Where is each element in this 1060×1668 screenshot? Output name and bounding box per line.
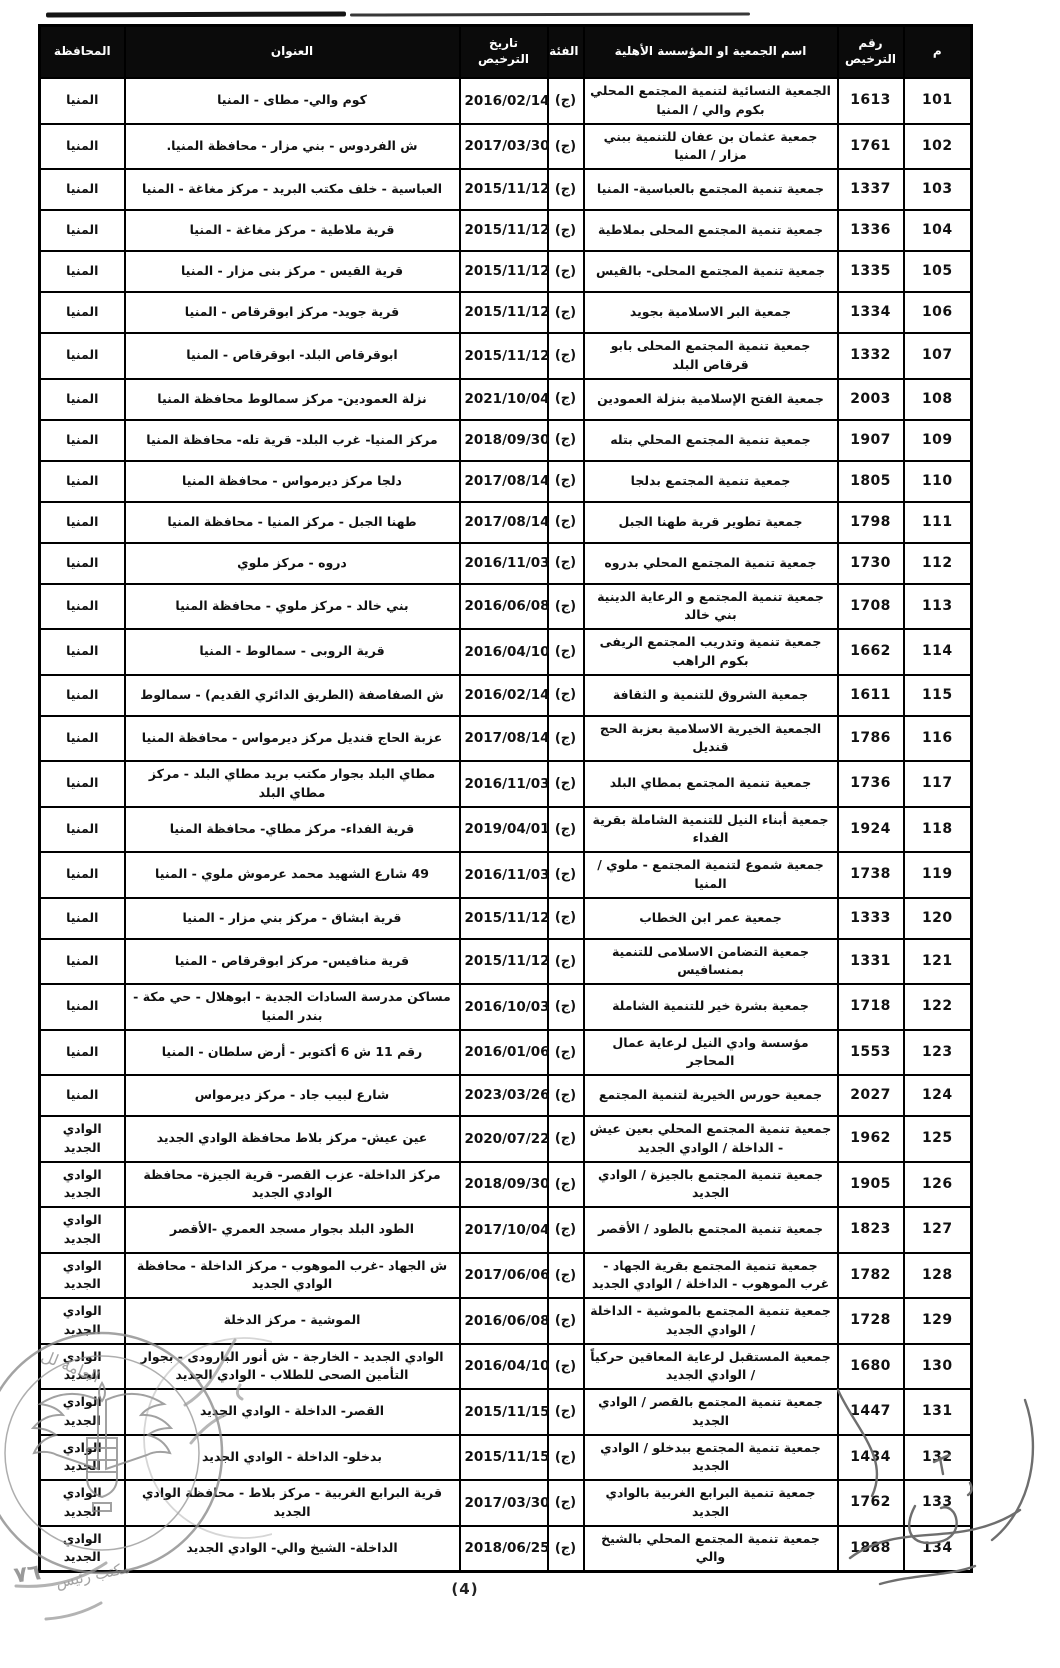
cell-name: جمعية أبناء النيل للتنمية الشاملة بقرية …	[584, 807, 838, 853]
cell-address: قرية ابشاق - مركز بني مزار - المنيا	[125, 898, 460, 939]
cell-license_date: 2017/03/30	[460, 1480, 548, 1526]
table-row: 1231553مؤسسة وادي النيل لرعاية عمال المح…	[40, 1030, 972, 1076]
cell-serial: 120	[904, 898, 972, 939]
cell-category: (ج)	[548, 1389, 584, 1435]
cell-license_date: 2015/11/12	[460, 210, 548, 251]
cell-license_no: 1962	[838, 1116, 904, 1162]
cell-license_date: 2015/11/15	[460, 1435, 548, 1481]
cell-address: قرية جويد- مركز ابوقرقاص - المنيا	[125, 292, 460, 333]
cell-license_date: 2018/09/30	[460, 420, 548, 461]
cell-license_no: 2003	[838, 379, 904, 420]
cell-serial: 113	[904, 584, 972, 630]
cell-governorate: المنيا	[40, 78, 125, 124]
cell-category: (ج)	[548, 807, 584, 853]
table-row: 1111798جمعية تطوير قرية طهنا الجبل(ج)201…	[40, 502, 972, 543]
cell-license_no: 2027	[838, 1075, 904, 1116]
cell-license_no: 1907	[838, 420, 904, 461]
cell-license_no: 1434	[838, 1435, 904, 1481]
header-license-number: رقم الترخيص	[838, 26, 904, 79]
cell-name: جمعية تنمية وتدريب المجتمع الريفى بكوم ا…	[584, 629, 838, 675]
cell-license_date: 2015/11/15	[460, 1389, 548, 1435]
cell-address: ابوقرقاص البلد- ابوقرقاص - المنيا	[125, 333, 460, 379]
table-row: 1201333جمعية عمر ابن الخطاب(ج)2015/11/12…	[40, 898, 972, 939]
table-row: 1011613الجمعية النسائية لتنمية المجتمع ا…	[40, 78, 972, 124]
cell-serial: 121	[904, 939, 972, 985]
table-row: 1242027جمعية حورس الخيرية لتنمية المجتمع…	[40, 1075, 972, 1116]
cell-license_date: 2018/09/30	[460, 1162, 548, 1208]
cell-name: جمعية تنمية المجتمع بقرية الجهاد - غرب ا…	[584, 1253, 838, 1299]
cell-governorate: المنيا	[40, 898, 125, 939]
cell-name: الجمعية النسائية لتنمية المجتمع المحلي ب…	[584, 78, 838, 124]
table-row: 1171736جمعية تنمية المجتمع بمطاي البلد(ج…	[40, 761, 972, 807]
cell-license_no: 1730	[838, 543, 904, 584]
table-row: 1301680جمعية المستقبل لرعاية المعاقين حر…	[40, 1344, 972, 1390]
cell-license_date: 2023/03/26	[460, 1075, 548, 1116]
table-row: 1101805جمعية تنمية المجتمع بدلجا(ج)2017/…	[40, 461, 972, 502]
cell-category: (ج)	[548, 1207, 584, 1253]
cell-license_date: 2017/08/14	[460, 502, 548, 543]
cell-governorate: المنيا	[40, 169, 125, 210]
cell-serial: 104	[904, 210, 972, 251]
cell-license_date: 2016/06/08	[460, 584, 548, 630]
cell-serial: 107	[904, 333, 972, 379]
cell-name: جمعية تنمية المجتمع المحلي بتله	[584, 420, 838, 461]
cell-name: جمعية تنمية المجتمع بدلجا	[584, 461, 838, 502]
cell-name: جمعية تطوير قرية طهنا الجبل	[584, 502, 838, 543]
cell-address: بدخلو- الداخلة - الوادي الجديد	[125, 1435, 460, 1481]
cell-serial: 130	[904, 1344, 972, 1390]
table-header-row: م رقم الترخيص اسم الجمعية او المؤسسة الأ…	[40, 26, 972, 79]
cell-license_date: 2015/11/12	[460, 939, 548, 985]
cell-serial: 114	[904, 629, 972, 675]
cell-governorate: الوادي الجديد	[40, 1253, 125, 1299]
cell-address: عين عيش- مركز بلاط محافظة الوادي الجديد	[125, 1116, 460, 1162]
cell-governorate: المنيا	[40, 461, 125, 502]
ngo-registry-table: م رقم الترخيص اسم الجمعية او المؤسسة الأ…	[38, 24, 973, 1573]
cell-license_no: 1553	[838, 1030, 904, 1076]
cell-governorate: المنيا	[40, 210, 125, 251]
cell-address: الوادي الجديد - الخارجة - ش أنور البارود…	[125, 1344, 460, 1390]
table-row: 1131708جمعية تنمية المجتمع و الرعاية الد…	[40, 584, 972, 630]
cell-name: جمعية تنمية المجتمع بالعباسية- المنيا	[584, 169, 838, 210]
cell-name: جمعية تنمية المجتمع بالجيزة / الوادي الج…	[584, 1162, 838, 1208]
cell-serial: 123	[904, 1030, 972, 1076]
cell-license_date: 2015/11/12	[460, 169, 548, 210]
cell-governorate: المنيا	[40, 984, 125, 1030]
cell-category: (ج)	[548, 716, 584, 762]
cell-address: قرية الفداء- مركز مطاي- محافظة المنيا	[125, 807, 460, 853]
cell-category: (ج)	[548, 1116, 584, 1162]
cell-category: (ج)	[548, 1344, 584, 1390]
cell-license_date: 2015/11/12	[460, 292, 548, 333]
scan-streak-artifact	[46, 11, 346, 17]
cell-governorate: المنيا	[40, 716, 125, 762]
cell-license_no: 1335	[838, 251, 904, 292]
cell-license_date: 2016/11/03	[460, 543, 548, 584]
cell-serial: 112	[904, 543, 972, 584]
cell-category: (ج)	[548, 124, 584, 170]
cell-address: 49 شارع الشهيد محمد عرموش ملوي - المنيا	[125, 852, 460, 898]
cell-category: (ج)	[548, 852, 584, 898]
cell-address: الطود البلد بجوار مسجد العمري -الأقصر	[125, 1207, 460, 1253]
cell-governorate: المنيا	[40, 502, 125, 543]
cell-license_date: 2017/10/04	[460, 1207, 548, 1253]
table-row: 1161786الجمعية الخيرية الاسلامية بعزبة ا…	[40, 716, 972, 762]
cell-category: (ج)	[548, 1435, 584, 1481]
table-row: 1091907جمعية تنمية المجتمع المحلي بتله(ج…	[40, 420, 972, 461]
cell-license_date: 2016/10/03	[460, 984, 548, 1030]
cell-name: مؤسسة وادي النيل لرعاية عمال المحاجر	[584, 1030, 838, 1076]
cell-license_date: 2016/04/10	[460, 1344, 548, 1390]
cell-governorate: الوادي الجديد	[40, 1207, 125, 1253]
cell-license_no: 1924	[838, 807, 904, 853]
cell-license_date: 2017/08/14	[460, 716, 548, 762]
header-association-name: اسم الجمعية او المؤسسة الأهلية	[584, 26, 838, 79]
cell-serial: 129	[904, 1298, 972, 1344]
table-row: 1121730جمعية تنمية المجتمع المحلي بدروه(…	[40, 543, 972, 584]
cell-license_no: 1782	[838, 1253, 904, 1299]
table-row: 1261905جمعية تنمية المجتمع بالجيزة / الو…	[40, 1162, 972, 1208]
cell-serial: 118	[904, 807, 972, 853]
cell-category: (ج)	[548, 420, 584, 461]
cell-serial: 117	[904, 761, 972, 807]
cell-category: (ج)	[548, 584, 584, 630]
cell-serial: 125	[904, 1116, 972, 1162]
cell-category: (ج)	[548, 379, 584, 420]
cell-name: جمعية تنمية المجتمع ببدخلو / الوادي الجد…	[584, 1435, 838, 1481]
table-row: 1191738جمعية شموع لتنمية المجتمع - ملوي …	[40, 852, 972, 898]
cell-license_date: 2015/11/12	[460, 898, 548, 939]
table-row: 1061334جمعية البر الاسلامية بجويد(ج)2015…	[40, 292, 972, 333]
cell-governorate: الوادي الجديد	[40, 1526, 125, 1572]
cell-serial: 131	[904, 1389, 972, 1435]
cell-license_no: 1680	[838, 1344, 904, 1390]
cell-category: (ج)	[548, 761, 584, 807]
table-row: 1082003جمعية الفتح الإسلامية بنزلة العمو…	[40, 379, 972, 420]
cell-address: شارع لبيب جاد - مركز ديرمواس	[125, 1075, 460, 1116]
cell-license_no: 1611	[838, 675, 904, 716]
cell-license_no: 1761	[838, 124, 904, 170]
table-row: 1341888جمعية تنمية المجتمع المحلي بالشيخ…	[40, 1526, 972, 1572]
cell-category: (ج)	[548, 939, 584, 985]
table-row: 1181924جمعية أبناء النيل للتنمية الشاملة…	[40, 807, 972, 853]
cell-license_no: 1662	[838, 629, 904, 675]
cell-governorate: المنيا	[40, 1075, 125, 1116]
cell-license_date: 2020/07/22	[460, 1116, 548, 1162]
scan-streak-artifact	[350, 12, 750, 16]
cell-license_no: 1786	[838, 716, 904, 762]
cell-license_no: 1823	[838, 1207, 904, 1253]
cell-category: (ج)	[548, 502, 584, 543]
cell-governorate: المنيا	[40, 807, 125, 853]
cell-serial: 115	[904, 675, 972, 716]
cell-governorate: المنيا	[40, 292, 125, 333]
cell-category: (ج)	[548, 1253, 584, 1299]
cell-license_no: 1905	[838, 1162, 904, 1208]
cell-governorate: الوادي الجديد	[40, 1389, 125, 1435]
cell-license_no: 1336	[838, 210, 904, 251]
table-row: 1331762جمعية تنمية البرابع الغربية بالوا…	[40, 1480, 972, 1526]
cell-license_no: 1708	[838, 584, 904, 630]
cell-category: (ج)	[548, 898, 584, 939]
cell-address: قرية القيس - مركز بنى مزار - المنيا	[125, 251, 460, 292]
cell-license_no: 1718	[838, 984, 904, 1030]
table-row: 1321434جمعية تنمية المجتمع ببدخلو / الوا…	[40, 1435, 972, 1481]
cell-license_no: 1337	[838, 169, 904, 210]
header-license-date: تاريخ الترخيص	[460, 26, 548, 79]
cell-category: (ج)	[548, 1075, 584, 1116]
cell-serial: 134	[904, 1526, 972, 1572]
cell-license_date: 2016/02/14	[460, 78, 548, 124]
cell-name: جمعية تنمية المجتمع المحلي بدروه	[584, 543, 838, 584]
cell-license_no: 1613	[838, 78, 904, 124]
cell-address: عزبة الحاج قنديل مركز ديرمواس - محافظة ا…	[125, 716, 460, 762]
header-category: الفئة	[548, 26, 584, 79]
cell-governorate: المنيا	[40, 124, 125, 170]
cell-category: (ج)	[548, 629, 584, 675]
table-row: 1221718جمعية بشرة خير للتنمية الشاملة(ج)…	[40, 984, 972, 1030]
table-row: 1151611جمعية الشروق للتنمية و الثقافة(ج)…	[40, 675, 972, 716]
cell-governorate: المنيا	[40, 584, 125, 630]
cell-address: مركز الداخلة- عزب القصر- قرية الجيزة- مح…	[125, 1162, 460, 1208]
cell-address: قرية البرابع الغربية - مركز بلاط - محافظ…	[125, 1480, 460, 1526]
cell-address: مطاي البلد بجوار مكتب بريد مطاي البلد - …	[125, 761, 460, 807]
cell-name: جمعية شموع لتنمية المجتمع - ملوي / المني…	[584, 852, 838, 898]
cell-license_date: 2016/11/03	[460, 761, 548, 807]
cell-name: جمعية حورس الخيرية لتنمية المجتمع	[584, 1075, 838, 1116]
cell-address: القصر- الداخلة - الوادي الجديد	[125, 1389, 460, 1435]
cell-governorate: المنيا	[40, 251, 125, 292]
table-row: 1311447جمعية تنمية المجتمع بالقصر / الوا…	[40, 1389, 972, 1435]
cell-name: جمعية تنمية المجتمع المحلى بملاطية	[584, 210, 838, 251]
cell-license_date: 2016/06/08	[460, 1298, 548, 1344]
cell-address: ش الصفاصفة (الطريق الدائري القديم) - سما…	[125, 675, 460, 716]
cell-category: (ج)	[548, 675, 584, 716]
cell-address: دروه - مركز ملوي	[125, 543, 460, 584]
table-row: 1271823جمعية تنمية المجتمع بالطود / الأق…	[40, 1207, 972, 1253]
cell-governorate: الوادي الجديد	[40, 1298, 125, 1344]
cell-address: الداخلة- الشيخ والي- الوادي الجديد	[125, 1526, 460, 1572]
cell-category: (ج)	[548, 1526, 584, 1572]
cell-governorate: المنيا	[40, 543, 125, 584]
cell-category: (ج)	[548, 251, 584, 292]
cell-serial: 105	[904, 251, 972, 292]
cell-address: نزلة العمودين- مركز سمالوط محافظة المنيا	[125, 379, 460, 420]
cell-serial: 101	[904, 78, 972, 124]
cell-address: بني خالد - مركز ملوي - محافظة المنيا	[125, 584, 460, 630]
cell-license_date: 2015/11/12	[460, 251, 548, 292]
cell-address: ش الجهاد -غرب الموهوب - مركز الداخلة - م…	[125, 1253, 460, 1299]
cell-name: الجمعية الخيرية الاسلامية بعزبة الحج قند…	[584, 716, 838, 762]
cell-serial: 122	[904, 984, 972, 1030]
cell-license_date: 2016/02/14	[460, 675, 548, 716]
cell-name: جمعية تنمية المجتمع بمطاي البلد	[584, 761, 838, 807]
table-row: 1021761جمعية عثمان بن عفان للتنمية ببني …	[40, 124, 972, 170]
header-serial: م	[904, 26, 972, 79]
cell-category: (ج)	[548, 292, 584, 333]
header-address: العنوان	[125, 26, 460, 79]
cell-category: (ج)	[548, 1298, 584, 1344]
cell-serial: 116	[904, 716, 972, 762]
cell-category: (ج)	[548, 1030, 584, 1076]
cell-address: دلجا مركز ديرمواس - محافظة المنيا	[125, 461, 460, 502]
table-row: 1071332جمعية تنمية المجتمع المحلى بابو ق…	[40, 333, 972, 379]
cell-name: جمعية تنمية المجتمع المحلى بابو قرقاص ال…	[584, 333, 838, 379]
cell-license_date: 2016/11/03	[460, 852, 548, 898]
cell-license_date: 2017/08/14	[460, 461, 548, 502]
cell-governorate: المنيا	[40, 333, 125, 379]
cell-serial: 133	[904, 1480, 972, 1526]
cell-address: مساكن مدرسة السادات الجدية - ابوهلال - ح…	[125, 984, 460, 1030]
cell-name: جمعية تنمية المجتمع بالموشية - الداخلة /…	[584, 1298, 838, 1344]
cell-governorate: المنيا	[40, 852, 125, 898]
cell-license_no: 1728	[838, 1298, 904, 1344]
cell-license_no: 1447	[838, 1389, 904, 1435]
table-row: 1211331جمعية التضامن الاسلامى للتنمية بم…	[40, 939, 972, 985]
cell-category: (ج)	[548, 1162, 584, 1208]
cell-serial: 119	[904, 852, 972, 898]
registry-table-body: 1011613الجمعية النسائية لتنمية المجتمع ا…	[40, 78, 972, 1572]
table-row: 1281782جمعية تنمية المجتمع بقرية الجهاد …	[40, 1253, 972, 1299]
cell-name: جمعية عثمان بن عفان للتنمية ببني مزار / …	[584, 124, 838, 170]
cell-serial: 110	[904, 461, 972, 502]
cell-governorate: الوادي الجديد	[40, 1435, 125, 1481]
table-row: 1031337جمعية تنمية المجتمع بالعباسية- ال…	[40, 169, 972, 210]
cell-name: جمعية تنمية البرابع الغربية بالوادي الجد…	[584, 1480, 838, 1526]
cell-license_no: 1332	[838, 333, 904, 379]
cell-license_no: 1798	[838, 502, 904, 543]
cell-license_date: 2021/10/04	[460, 379, 548, 420]
table-row: 1251962جمعية تنمية المجتمع المحلي بعين ع…	[40, 1116, 972, 1162]
cell-governorate: المنيا	[40, 939, 125, 985]
cell-name: جمعية عمر ابن الخطاب	[584, 898, 838, 939]
cell-name: جمعية تنمية المجتمع بالقصر / الوادي الجد…	[584, 1389, 838, 1435]
cell-category: (ج)	[548, 984, 584, 1030]
cell-license_no: 1762	[838, 1480, 904, 1526]
header-governorate: المحافظة	[40, 26, 125, 79]
table-row: 1291728جمعية تنمية المجتمع بالموشية - ال…	[40, 1298, 972, 1344]
cell-license_no: 1333	[838, 898, 904, 939]
cell-license_date: 2017/06/06	[460, 1253, 548, 1299]
cell-serial: 128	[904, 1253, 972, 1299]
cell-governorate: المنيا	[40, 379, 125, 420]
cell-serial: 126	[904, 1162, 972, 1208]
cell-serial: 102	[904, 124, 972, 170]
cell-name: جمعية الفتح الإسلامية بنزلة العمودين	[584, 379, 838, 420]
cell-license_no: 1736	[838, 761, 904, 807]
cell-category: (ج)	[548, 333, 584, 379]
cell-category: (ج)	[548, 210, 584, 251]
cell-name: جمعية تنمية المجتمع بالطود / الأقصر	[584, 1207, 838, 1253]
cell-governorate: الوادي الجديد	[40, 1480, 125, 1526]
cell-name: جمعية بشرة خير للتنمية الشاملة	[584, 984, 838, 1030]
cell-serial: 108	[904, 379, 972, 420]
table-row: 1041336جمعية تنمية المجتمع المحلى بملاطي…	[40, 210, 972, 251]
cell-license_date: 2015/11/12	[460, 333, 548, 379]
cell-license_no: 1738	[838, 852, 904, 898]
cell-address: العباسية - خلف مكتب البريد - مركز مغاغة …	[125, 169, 460, 210]
cell-name: جمعية تنمية المجتمع و الرعاية الدينية بن…	[584, 584, 838, 630]
cell-category: (ج)	[548, 1480, 584, 1526]
cell-governorate: الوادي الجديد	[40, 1162, 125, 1208]
cell-governorate: المنيا	[40, 420, 125, 461]
cell-address: قرية منافيس- مركز ابوقرقاص - المنيا	[125, 939, 460, 985]
cell-address: قرية الروبى - سمالوط - المنيا	[125, 629, 460, 675]
page-number-footer: (4)	[200, 1580, 730, 1598]
scanned-document-page: { "document": { "footer_page_number": "(…	[0, 0, 1060, 1668]
cell-address: رقم 11 ش 6 أكتوبر - أرض سلطان - المنيا	[125, 1030, 460, 1076]
cell-serial: 103	[904, 169, 972, 210]
cell-serial: 124	[904, 1075, 972, 1116]
cell-name: جمعية تنمية المجتمع المحلي بعين عيش - ال…	[584, 1116, 838, 1162]
cell-address: مركز المنيا- غرب البلد- قرية تله- محافظة…	[125, 420, 460, 461]
cell-license_date: 2018/06/25	[460, 1526, 548, 1572]
table-row: 1141662جمعية تنمية وتدريب المجتمع الريفى…	[40, 629, 972, 675]
cell-license_date: 2016/01/06	[460, 1030, 548, 1076]
cell-serial: 127	[904, 1207, 972, 1253]
cell-category: (ج)	[548, 461, 584, 502]
cell-license_no: 1334	[838, 292, 904, 333]
cell-license_date: 2019/04/01	[460, 807, 548, 853]
cell-governorate: المنيا	[40, 1030, 125, 1076]
cell-governorate: المنيا	[40, 761, 125, 807]
cell-governorate: الوادي الجديد	[40, 1344, 125, 1390]
cell-category: (ج)	[548, 543, 584, 584]
cell-governorate: الوادي الجديد	[40, 1116, 125, 1162]
cell-name: جمعية تنمية المجتمع المحلي بالشيخ والي	[584, 1526, 838, 1572]
cell-address: كوم والي- مطاى - المنيا	[125, 78, 460, 124]
cell-address: ش الفردوس - بني مزار - محافظة المنيا.	[125, 124, 460, 170]
cell-serial: 106	[904, 292, 972, 333]
cell-serial: 111	[904, 502, 972, 543]
cell-name: جمعية الشروق للتنمية و الثقافة	[584, 675, 838, 716]
cell-license_no: 1331	[838, 939, 904, 985]
cell-address: الموشية - مركز الدخلة	[125, 1298, 460, 1344]
cell-name: جمعية المستقبل لرعاية المعاقين حركياً / …	[584, 1344, 838, 1390]
cell-serial: 132	[904, 1435, 972, 1481]
cell-address: طهنا الجبل - مركز المنيا - محافظة المنيا	[125, 502, 460, 543]
cell-license_date: 2016/04/10	[460, 629, 548, 675]
cell-name: جمعية البر الاسلامية بجويد	[584, 292, 838, 333]
cell-license_no: 1888	[838, 1526, 904, 1572]
cell-category: (ج)	[548, 78, 584, 124]
cell-license_date: 2017/03/30	[460, 124, 548, 170]
cell-serial: 109	[904, 420, 972, 461]
cell-governorate: المنيا	[40, 675, 125, 716]
cell-governorate: المنيا	[40, 629, 125, 675]
table-row: 1051335جمعية تنمية المجتمع المحلى- بالقي…	[40, 251, 972, 292]
cell-category: (ج)	[548, 169, 584, 210]
cell-address: قرية ملاطية - مركز مغاغة - المنيا	[125, 210, 460, 251]
cell-name: جمعية التضامن الاسلامى للتنمية بمنسافيس	[584, 939, 838, 985]
cell-name: جمعية تنمية المجتمع المحلى- بالقيس	[584, 251, 838, 292]
cell-license_no: 1805	[838, 461, 904, 502]
